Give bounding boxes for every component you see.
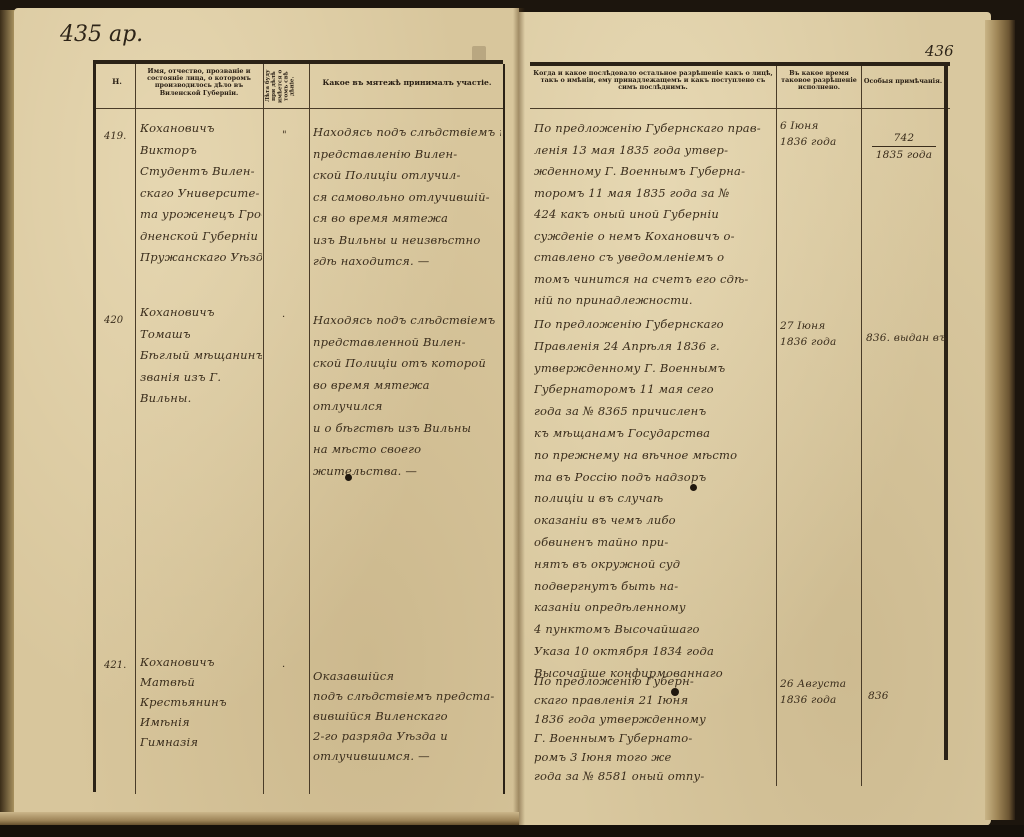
entry-participation: Находясь подъ слѣдствіемъ представленной…: [313, 310, 501, 482]
entry-years: ·: [282, 662, 285, 673]
entry-number: 419.: [104, 131, 126, 142]
entry-remarks: 836: [868, 688, 944, 704]
entry-resolution: По предложенію Губернскаго Правленія 24 …: [534, 314, 774, 685]
left-folio-note: 435 ар.: [60, 22, 143, 47]
entry-number: 421.: [104, 660, 126, 671]
entry-name: Кохановичъ Матвѣй Крестьянинъ Имѣнія Гим…: [140, 652, 262, 752]
entry-remarks: 742 1835 года: [866, 130, 942, 163]
bottom-page-stack: [0, 812, 519, 826]
header-executed: Въ какое время таковое разрѣшеніе исполн…: [778, 70, 860, 92]
header-resolution: Когда и какое послѣдовало остальное разр…: [532, 70, 774, 92]
bottom-shadow: [0, 825, 1024, 837]
entry-participation: Находясь подъ слѣдствіемъ по представлен…: [313, 122, 501, 273]
left-header-bottom-rule: [96, 108, 504, 109]
ink-blot: [671, 688, 679, 696]
left-inner-border: [503, 64, 505, 794]
col-divider-years: [309, 64, 310, 794]
col-divider-name: [263, 64, 264, 794]
left-outer-border: [93, 62, 96, 792]
entry-name: Кохановичъ Томашъ Бѣглый мѣщанинъ званія…: [140, 302, 262, 410]
right-top-double-rule: [530, 62, 950, 66]
header-number: Н.: [100, 78, 134, 87]
right-page-stack-edge: [985, 20, 1015, 820]
entry-executed: 27 Іюня 1836 года: [780, 318, 860, 350]
col-divider-executed: [861, 66, 862, 786]
entry-participation: Оказавшійся подъ слѣдствіемъ предста- ви…: [313, 666, 501, 766]
ink-blot: [690, 484, 697, 491]
scanned-book-spread: 435 ар. 436 Н. Имя, отчество, прозваніе …: [0, 0, 1024, 837]
left-top-double-rule: [93, 60, 503, 64]
ink-blot: [345, 474, 352, 481]
header-remarks: Особыя примѣчанія.: [863, 78, 943, 85]
right-header-bottom-rule: [530, 108, 950, 109]
book-gutter: [513, 8, 525, 830]
entry-executed: 26 Августа 1836 года: [780, 676, 860, 708]
entry-years: ": [282, 130, 287, 141]
col-divider-resolution: [776, 66, 777, 786]
entry-executed: 6 Іюня 1836 года: [780, 118, 860, 150]
entry-years: ·: [282, 312, 285, 323]
entry-remarks: 836. выдан въ: [866, 330, 976, 346]
entry-resolution: По предложенію Губернскаго прав- ленія 1…: [534, 118, 774, 312]
entry-name: Кохановичъ Викторъ Студентъ Вилен- скаго…: [140, 118, 262, 269]
header-participation: Какое въ мятежѣ принималъ участіе.: [312, 79, 502, 88]
right-outer-border: [944, 64, 948, 760]
right-folio-number: 436: [925, 42, 954, 60]
header-name: Имя, отчество, прозваніе и состояніе лиц…: [137, 68, 261, 97]
entry-resolution: По предложенію Губерн- скаго правленія 2…: [534, 672, 774, 786]
col-divider-number: [135, 64, 136, 794]
entry-number: 420: [104, 315, 123, 326]
header-years: Лѣта буду при дѣлѣ имѣется о томъ свѣ дѣ…: [265, 66, 307, 106]
